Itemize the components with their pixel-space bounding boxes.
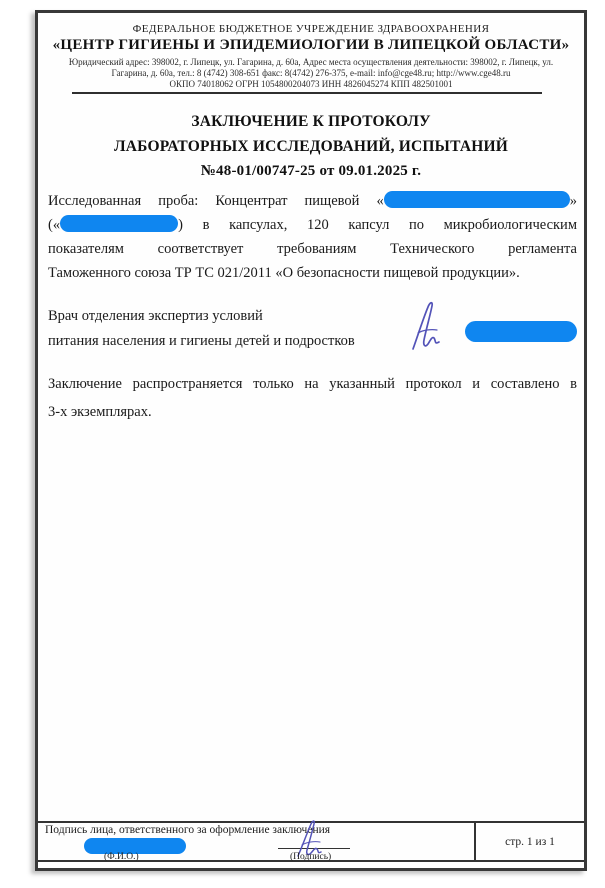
page-number: стр. 1 из 1 — [474, 823, 584, 860]
footer-table: Подпись лица, ответственного за оформлен… — [38, 821, 584, 862]
signer-role-line2: питания населения и гигиены детей и подр… — [48, 329, 355, 354]
redaction-pill-signer-name — [465, 321, 577, 342]
org-name-line2: «ЦЕНТР ГИГИЕНЫ И ЭПИДЕМИОЛОГИИ В ЛИПЕЦКО… — [38, 37, 584, 54]
footer-caption: Подпись лица, ответственного за оформлен… — [45, 824, 330, 836]
org-registry-line: ОКПО 74018062 ОГРН 1054800204073 ИНН 482… — [44, 79, 578, 90]
org-address-line1: Юридический адрес: 398002, г. Липецк, ул… — [44, 57, 578, 68]
document-title-line1: ЗАКЛЮЧЕНИЕ К ПРОТОКОЛУ — [38, 113, 584, 131]
document-page: ФЕДЕРАЛЬНОЕ БЮДЖЕТНОЕ УЧРЕЖДЕНИЕ ЗДРАВОО… — [35, 10, 587, 871]
body-line4: Таможенного союза ТР ТС 021/2011 «О безо… — [48, 261, 577, 285]
header-divider — [72, 92, 542, 94]
conclusion-paragraph: Исследованная проба: Концентрат пищевой … — [48, 189, 577, 285]
handwritten-signature-icon — [406, 299, 444, 353]
signer-role-line1: Врач отделения экспертиз условий — [48, 304, 355, 329]
redaction-pill-product — [384, 191, 570, 208]
body-line3: показателям соответствует требованиям Те… — [48, 237, 577, 261]
body-line1: Исследованная проба: Концентрат пищевой … — [48, 189, 577, 213]
body-line2: («) в капсулах, 120 капсул по микробиоло… — [48, 213, 577, 237]
note-line1: Заключение распространяется только на ук… — [48, 370, 577, 398]
footer-signature-cell: Подпись лица, ответственного за оформлен… — [38, 823, 474, 860]
protocol-number: №48-01/00747-25 от 09.01.2025 г. — [38, 163, 584, 180]
note-paragraph: Заключение распространяется только на ук… — [48, 370, 577, 426]
redaction-pill-brand — [60, 215, 178, 232]
document-title-line2: ЛАБОРАТОРНЫХ ИССЛЕДОВАНИЙ, ИСПЫТАНИЙ — [38, 138, 584, 156]
note-line2: 3-х экземплярах. — [48, 398, 577, 426]
signer-role: Врач отделения экспертиз условий питания… — [48, 304, 355, 354]
sign-label: (Подпись) — [290, 852, 331, 862]
fio-label: (Ф.И.О.) — [104, 852, 139, 862]
org-address-line2: Гагарина, д. 60а, тел.: 8 (4742) 308-651… — [44, 68, 578, 79]
org-name-line1: ФЕДЕРАЛЬНОЕ БЮДЖЕТНОЕ УЧРЕЖДЕНИЕ ЗДРАВОО… — [38, 23, 584, 35]
